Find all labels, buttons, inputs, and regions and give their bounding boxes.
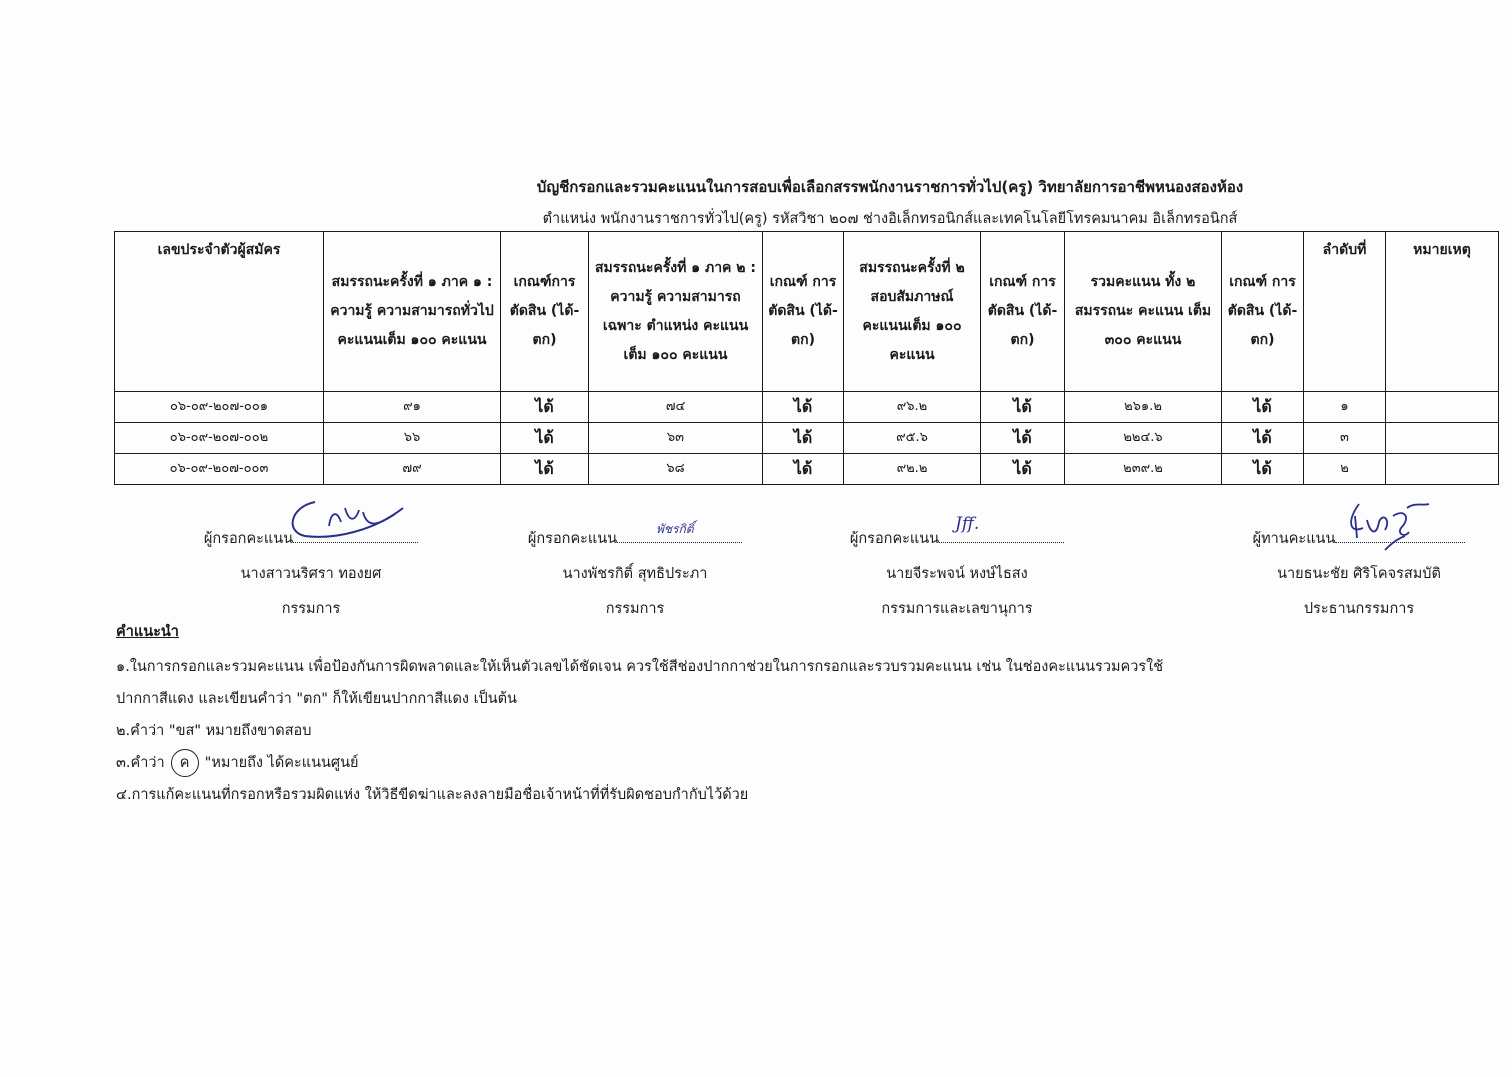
instructions: คำแนะนำ ๑.ในการกรอกและรวมคะแนน เพื่อป้อง… (116, 620, 1163, 811)
cell-interview-result: ได้ (981, 454, 1065, 485)
header-part1-score: สมรรถนะครั้งที่ ๑ ภาค ๑ : ความรู้ ความสา… (324, 232, 501, 392)
cell-applicant-id: ๐๖-๐๙-๒๐๗-๐๐๒ (115, 423, 324, 454)
signer-name: นางพัชรกิติ์ สุทธิประภา (520, 562, 750, 585)
cell-interview-score: ๙๖.๒ (844, 392, 981, 423)
cell-part2-score: ๗๔ (589, 392, 763, 423)
cell-part2-result: ได้ (763, 423, 844, 454)
signer-name: นายธนะชัย ศิริโคจรสมบัติ (1244, 562, 1474, 585)
cell-total-result: ได้ (1222, 454, 1304, 485)
signature-mark-2: พัชรกิติ์ (656, 520, 694, 539)
cell-interview-score: ๙๕.๖ (844, 423, 981, 454)
instruction-3: ๓.คำว่าค"หมายถึง ได้คะแนนศูนย์ (116, 747, 1163, 779)
header-interview-score: สมรรถนะครั้งที่ ๒ สอบสัมภาษณ์ คะแนนเต็ม … (844, 232, 981, 392)
table-row: ๐๖-๐๙-๒๐๗-๐๐๓๗๙ได้๖๘ได้๙๒.๒ได้๒๓๙.๒ได้๒ (115, 454, 1499, 485)
cell-part2-result: ได้ (763, 454, 844, 485)
cell-rank: ๒ (1304, 454, 1386, 485)
instruction-4: ๔.การแก้คะแนนที่กรอกหรือรวมผิดแห่ง ให้วิ… (116, 779, 1163, 811)
circled-k-symbol: ค (171, 749, 199, 777)
score-table: เลขประจำตัวผู้สมัคร สมรรถนะครั้งที่ ๑ ภา… (114, 231, 1499, 485)
signer-role: กรรมการ (520, 597, 750, 620)
instruction-2: ๒.คำว่า "ขส" หมายถึงขาดสอบ (116, 715, 1163, 747)
cell-part1-result: ได้ (501, 423, 589, 454)
signer-label: ผู้กรอกคะแนน (850, 531, 939, 547)
signature-mark-4 (1345, 498, 1435, 556)
cell-total-score: ๒๓๙.๒ (1065, 454, 1222, 485)
cell-part1-result: ได้ (501, 454, 589, 485)
cell-part1-result: ได้ (501, 392, 589, 423)
cell-total-result: ได้ (1222, 392, 1304, 423)
instruction-3-suffix: "หมายถึง ได้คะแนนศูนย์ (205, 755, 359, 771)
signer-label: ผู้ทานคะแนน (1253, 531, 1336, 547)
instruction-1-cont: ปากกาสีแดง และเขียนคำว่า "ตก" ก็ให้เขียน… (116, 683, 1163, 715)
table-row: ๐๖-๐๙-๒๐๗-๐๐๒๖๖ได้๖๓ได้๙๕.๖ได้๒๒๔.๖ได้๓ (115, 423, 1499, 454)
signer-label: ผู้กรอกคะแนน (204, 531, 293, 547)
header-part2-score: สมรรถนะครั้งที่ ๑ ภาค ๒ : ความรู้ ความสา… (589, 232, 763, 392)
cell-part2-score: ๖๓ (589, 423, 763, 454)
cell-applicant-id: ๐๖-๐๙-๒๐๗-๐๐๓ (115, 454, 324, 485)
cell-part1-score: ๖๖ (324, 423, 501, 454)
header-total-score: รวมคะแนน ทั้ง ๒ สมรรถนะ คะแนน เต็ม ๓๐๐ ค… (1065, 232, 1222, 392)
cell-rank: ๓ (1304, 423, 1386, 454)
header-applicant-id: เลขประจำตัวผู้สมัคร (115, 232, 324, 392)
cell-total-score: ๒๒๔.๖ (1065, 423, 1222, 454)
cell-interview-result: ได้ (981, 392, 1065, 423)
cell-interview-score: ๙๒.๒ (844, 454, 981, 485)
signer-role: ประธานกรรมการ (1244, 597, 1474, 620)
cell-part2-score: ๖๘ (589, 454, 763, 485)
document-subtitle: ตำแหน่ง พนักงานราชการทั่วไป(ครู) รหัสวิช… (134, 207, 1512, 230)
document-title: บัญชีกรอกและรวมคะแนนในการสอบเพื่อเลือกสร… (134, 175, 1512, 199)
signer-role: กรรมการ (196, 597, 426, 620)
signer-role: กรรมการและเลขานุการ (842, 597, 1072, 620)
cell-remarks (1386, 423, 1499, 454)
header-interview-result: เกณฑ์ การตัดสิน (ได้-ตก) (981, 232, 1065, 392)
cell-total-result: ได้ (1222, 423, 1304, 454)
cell-part1-score: ๗๙ (324, 454, 501, 485)
signature-mark-3: Jff. (955, 514, 979, 534)
header-part1-result: เกณฑ์การ ตัดสิน (ได้-ตก) (501, 232, 589, 392)
cell-part2-result: ได้ (763, 392, 844, 423)
header-total-result: เกณฑ์ การตัดสิน (ได้-ตก) (1222, 232, 1304, 392)
cell-remarks (1386, 454, 1499, 485)
header-part2-result: เกณฑ์ การตัดสิน (ได้-ตก) (763, 232, 844, 392)
signer-2: ผู้กรอกคะแนน นางพัชรกิติ์ สุทธิประภา กรร… (520, 527, 750, 620)
signer-name: นางสาวนริศรา ทองยศ (196, 562, 426, 585)
header-rank: ลำดับที่ (1304, 232, 1386, 392)
signer-name: นายจีระพจน์ หงษ์ไธสง (842, 562, 1072, 585)
cell-total-score: ๒๖๑.๒ (1065, 392, 1222, 423)
instructions-heading: คำแนะนำ (116, 620, 1163, 643)
instruction-1: ๑.ในการกรอกและรวมคะแนน เพื่อป้องกันการผิ… (116, 651, 1163, 683)
header-remarks: หมายเหตุ (1386, 232, 1499, 392)
signer-3: ผู้กรอกคะแนน นายจีระพจน์ หงษ์ไธสง กรรมกา… (842, 527, 1072, 620)
cell-interview-result: ได้ (981, 423, 1065, 454)
cell-applicant-id: ๐๖-๐๙-๒๐๗-๐๐๑ (115, 392, 324, 423)
instruction-3-prefix: ๓.คำว่า (116, 755, 165, 771)
header-row: เลขประจำตัวผู้สมัคร สมรรถนะครั้งที่ ๑ ภา… (115, 232, 1499, 392)
signer-label: ผู้กรอกคะแนน (528, 531, 617, 547)
cell-remarks (1386, 392, 1499, 423)
signature-mark-1 (285, 492, 415, 544)
cell-part1-score: ๙๑ (324, 392, 501, 423)
table-row: ๐๖-๐๙-๒๐๗-๐๐๑๙๑ได้๗๔ได้๙๖.๒ได้๒๖๑.๒ได้๑ (115, 392, 1499, 423)
cell-rank: ๑ (1304, 392, 1386, 423)
